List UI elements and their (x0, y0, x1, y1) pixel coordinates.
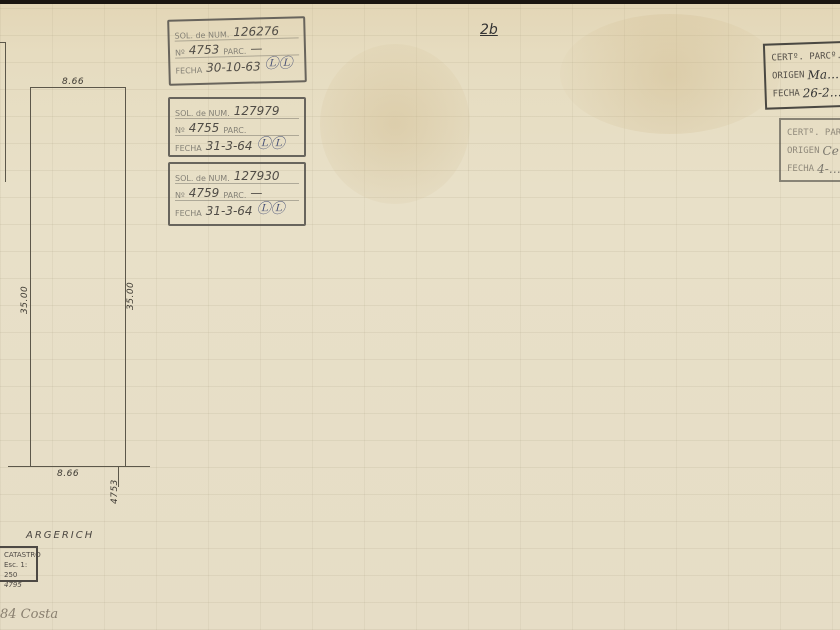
stamp-label: Nº (175, 48, 185, 57)
stamp-label: PARC. (223, 126, 246, 135)
stamp-label: FECHA (175, 66, 202, 76)
solicitud-number: 127930 (234, 169, 280, 183)
stamp-date: 31-3-64 (206, 204, 253, 218)
handwritten-footnote: 84 Costa (0, 607, 58, 622)
stamp-label: PARC. (223, 47, 246, 57)
certificate-stamp: CERTº. PARCº. Nº ORIGENMa… FECHA26-2… (763, 40, 840, 109)
plot-number: 4759 (189, 186, 220, 200)
stamp-label: Nº (175, 126, 185, 135)
catastro-stamp: CATASTRO Esc. 1: 250 4795 (0, 546, 38, 582)
plot-left-edge (30, 87, 31, 467)
plot-top-edge (30, 87, 126, 88)
catastro-ref: 4795 (4, 580, 33, 590)
sheet-number: 2b (480, 22, 498, 38)
paper-stain (560, 14, 780, 134)
stamp-label: ORIGEN (772, 70, 805, 81)
stamp-label: FECHA (787, 164, 814, 174)
right-depth-label: 35.00 (126, 282, 136, 310)
initials-signature: ⓁⓁ (257, 198, 285, 218)
solicitud-number: 127979 (234, 104, 280, 118)
plot-number: 4753 (189, 42, 220, 57)
edge-frame-line (5, 42, 6, 182)
document-page: 2b 8.66 8.66 35.00 35.00 4753 ARGERICH S… (0, 4, 840, 630)
stamp-label: SOL. de NUM. (175, 174, 230, 183)
stamp-label: SOL. de NUM. (174, 30, 229, 40)
stamp-label: FECHA (772, 89, 799, 100)
origin-value: Ce… (823, 144, 840, 158)
stamp-date: 4-… (817, 162, 840, 176)
stamp-label: SOL. de NUM. (175, 109, 230, 118)
solicitud-stamp: SOL. de NUM.127979 Nº4755PARC. FECHA31-3… (168, 97, 306, 157)
stamp-label: FECHA (175, 144, 202, 153)
stamp-label: CERTº. PARCº. Nº (771, 50, 840, 63)
plot-number: 4755 (189, 121, 220, 135)
catastro-scale: Esc. 1: 250 (4, 560, 33, 580)
stamp-label: PARC. (223, 191, 246, 200)
stamp-date: 26-2… (802, 85, 840, 100)
stamp-date: 31-3-64 (206, 139, 253, 153)
certificate-stamp: CERTº. PARCº. ORIGENCe… FECHA4-… (779, 118, 840, 182)
stamp-label: FECHA (175, 209, 202, 218)
side-ref-label: 4753 (110, 479, 120, 504)
stamp-label: CERTº. PARCº. (787, 128, 840, 138)
catastro-title: CATASTRO (4, 550, 33, 560)
stamp-label: ORIGEN (787, 146, 820, 156)
plot-right-edge (125, 87, 126, 467)
stamp-label: Nº (175, 191, 185, 200)
parcel-value: — (250, 41, 262, 55)
street-name: ARGERICH (26, 530, 94, 541)
paper-stain (320, 44, 470, 204)
top-width-label: 8.66 (62, 77, 84, 87)
initials-signature: ⓁⓁ (264, 53, 293, 74)
left-depth-label: 35.00 (20, 286, 30, 314)
solicitud-stamp: SOL. de NUM.126276 Nº4753PARC.— FECHA30-… (167, 16, 307, 86)
bottom-width-label: 8.66 (57, 469, 79, 479)
stamp-date: 30-10-63 (206, 59, 261, 74)
plot-bottom-edge (8, 466, 150, 467)
initials-signature: ⓁⓁ (257, 133, 285, 153)
solicitud-number: 126276 (233, 24, 279, 39)
origin-value: Ma… (807, 67, 839, 82)
solicitud-stamp: SOL. de NUM.127930 Nº4759PARC.— FECHA31-… (168, 162, 306, 226)
